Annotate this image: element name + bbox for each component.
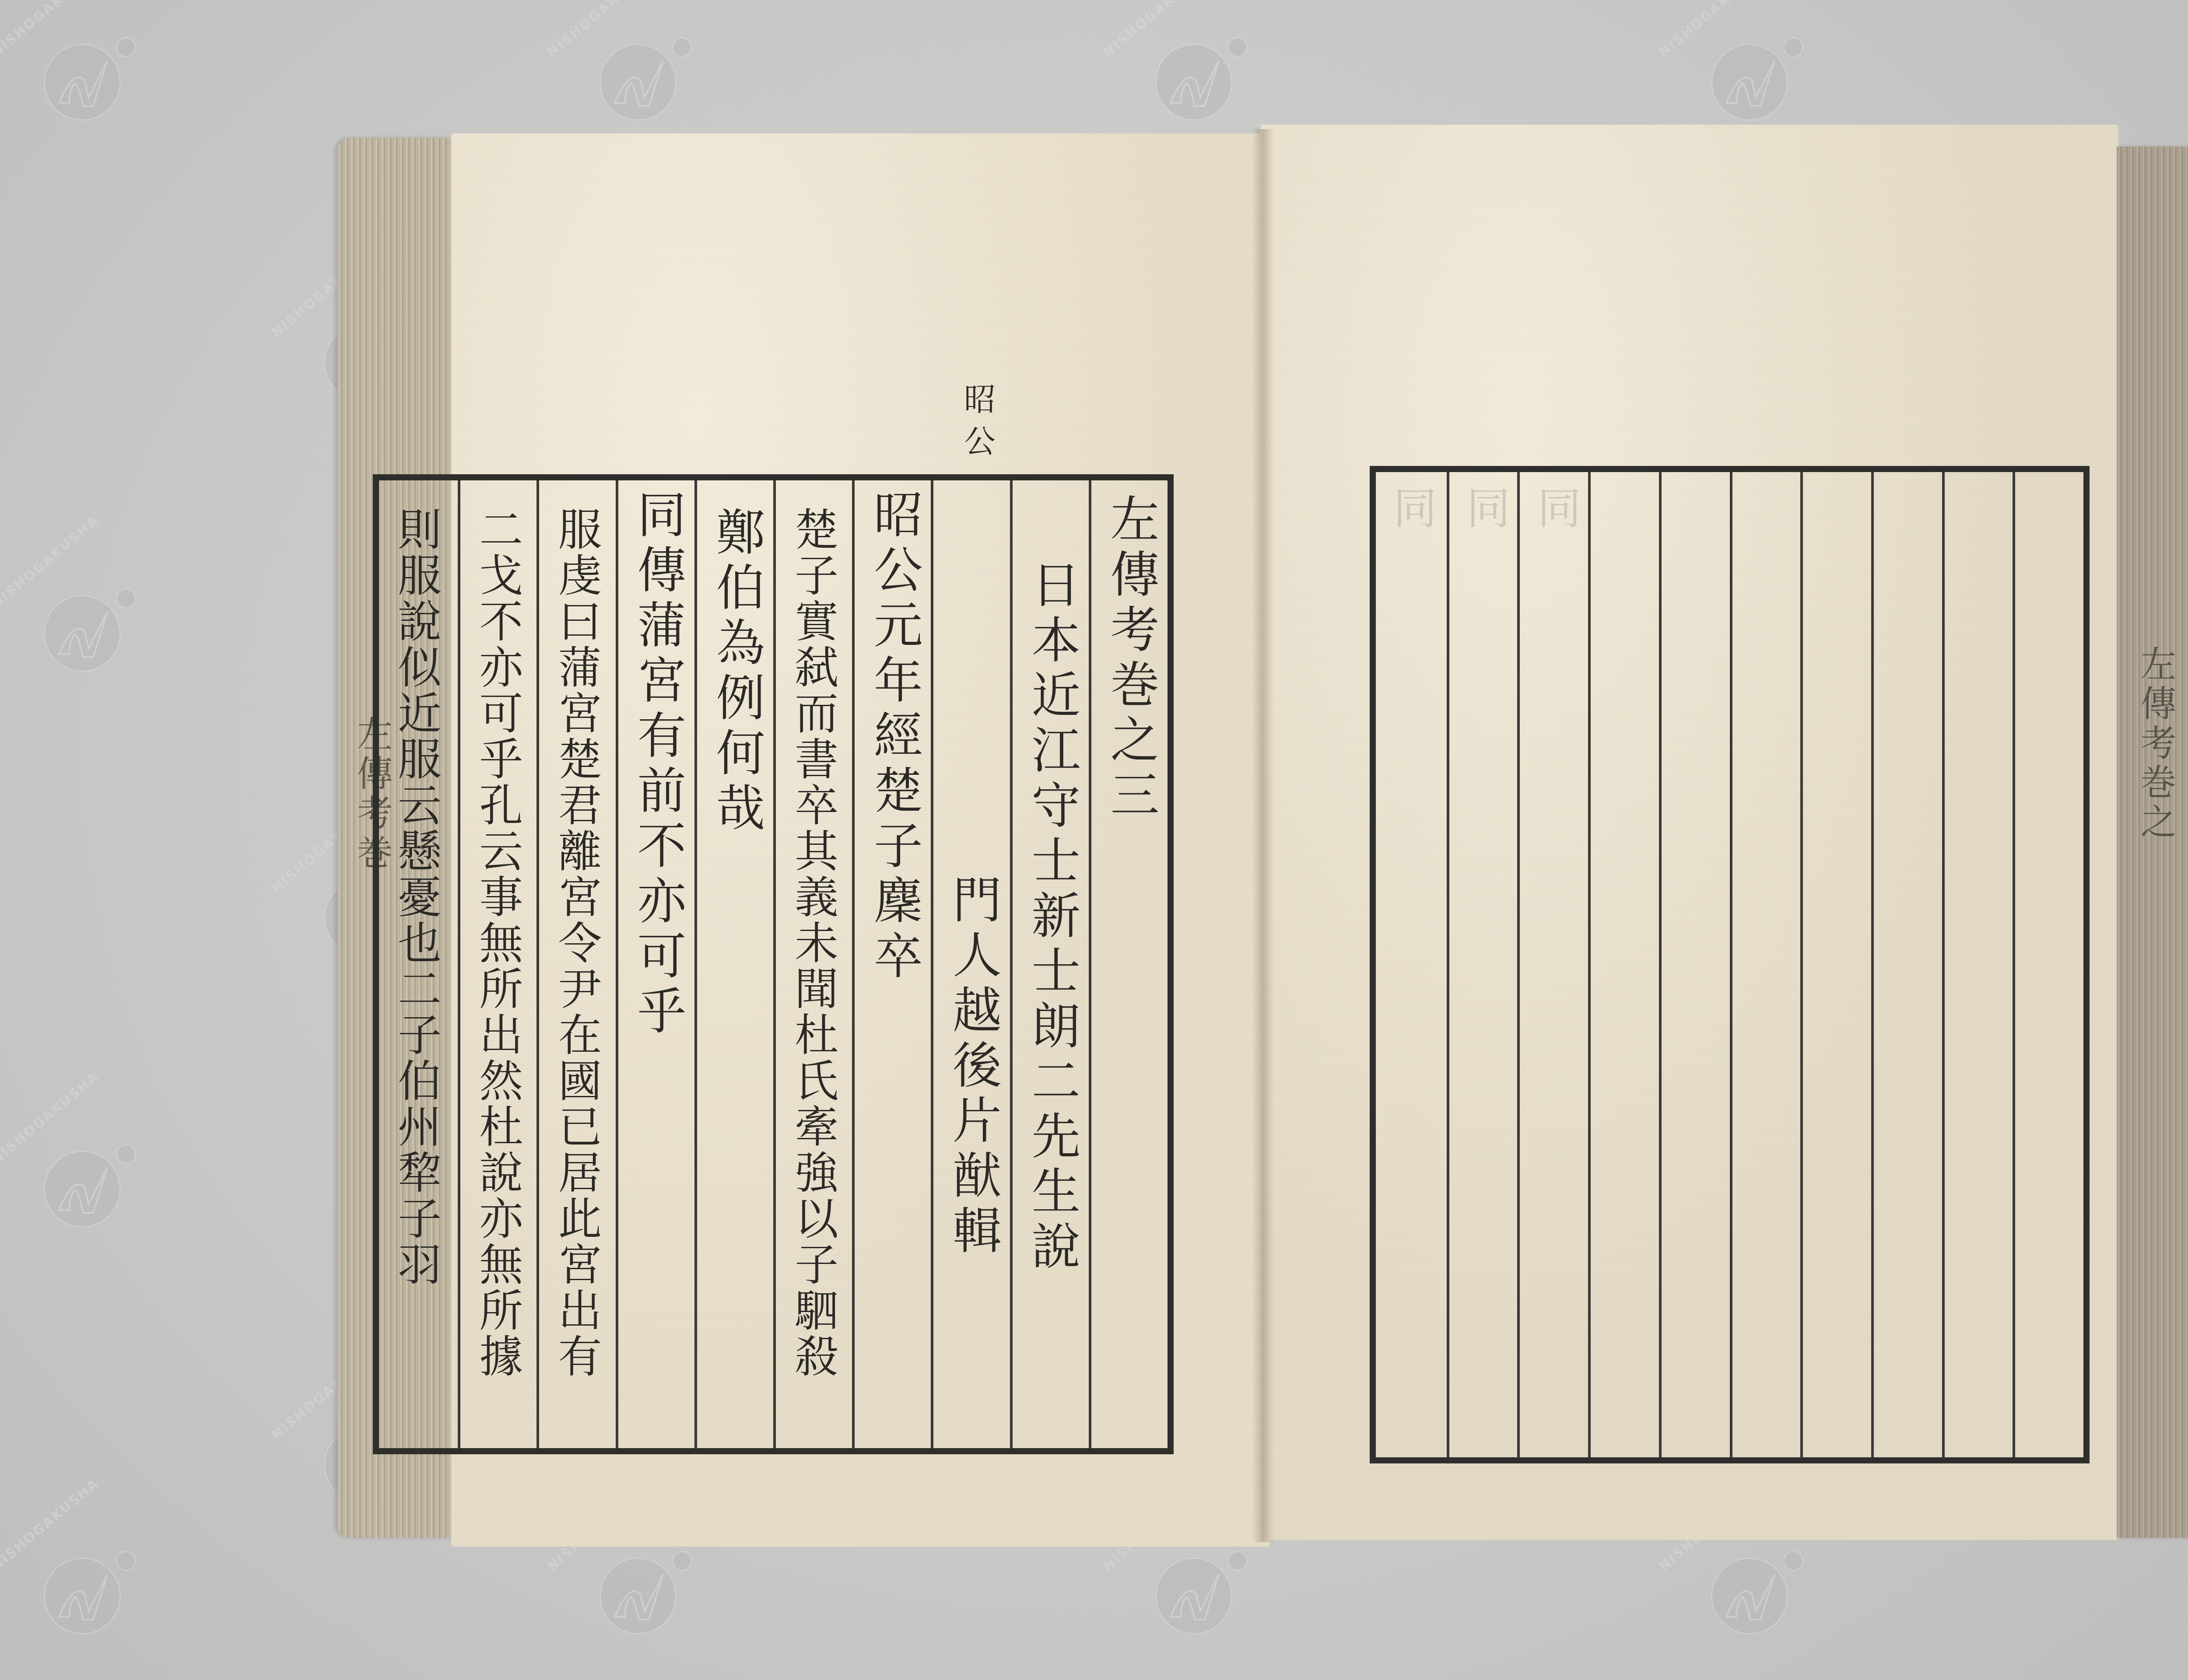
bleed-through-text: 同 <box>1463 485 1507 535</box>
text-column: 則服說似近服云懸憂也二子伯州犂子羽 <box>379 480 458 1448</box>
text-column: 同傳蒲宮有前不亦可乎 <box>616 480 694 1448</box>
text-column: 昭公元年經楚子麇卒 <box>852 480 931 1448</box>
ruled-column <box>1942 472 2013 1457</box>
nishogakusha-logo-icon: NISHOGAKUSHA <box>582 17 691 127</box>
ruled-column: 同 <box>1376 472 1447 1457</box>
text-column: 左傳考巻之三 <box>1089 480 1168 1448</box>
ruled-column: 同 <box>1517 472 1588 1457</box>
text-column: 二戈不亦可乎孔云事無所出然杜說亦無所據 <box>458 480 536 1448</box>
text-column: 門人越後片猷輯 <box>931 480 1010 1448</box>
ruled-column <box>1800 472 1871 1457</box>
nishogakusha-logo-icon: NISHOGAKUSHA <box>26 1531 136 1641</box>
text-column: 服虔曰蒲宮楚君離宮令尹在國已居此宮出有 <box>536 480 615 1448</box>
column-text: 昭公元年經楚子麇卒 <box>870 489 919 985</box>
column-text: 日本近江守士新士朗二先生說 <box>1027 559 1076 1276</box>
nishogakusha-logo-icon: NISHOGAKUSHA <box>1138 17 1247 127</box>
nishogakusha-logo-icon: NISHOGAKUSHA <box>26 17 136 127</box>
column-text: 則服說似近服云懸憂也二子伯州犂子羽 <box>394 507 438 1288</box>
text-column: 鄭伯為例何哉 <box>694 480 773 1448</box>
right-text-frame: 同同同 <box>1370 466 2090 1463</box>
column-text: 鄭伯為例何哉 <box>712 507 761 837</box>
ruled-column <box>1588 472 1659 1457</box>
nishogakusha-logo-icon: NISHOGAKUSHA <box>26 569 136 678</box>
nishogakusha-logo-icon: NISHOGAKUSHA <box>26 1124 136 1234</box>
text-column: 楚子實弑而書卒其義未聞杜氏牽強以子駟殺 <box>773 480 852 1448</box>
column-text: 左傳考巻之三 <box>1106 493 1155 824</box>
ruled-column: 同 <box>1447 472 1518 1457</box>
text-column: 日本近江守士新士朗二先生說 <box>1010 480 1089 1448</box>
nishogakusha-logo-icon: NISHOGAKUSHA <box>1694 17 1803 127</box>
left-text-frame: 左傳考巻之三日本近江守士新士朗二先生說門人越後片猷輯昭公元年經楚子麇卒楚子實弑而… <box>373 474 1174 1454</box>
ruled-column <box>1730 472 1801 1457</box>
ruled-column <box>1659 472 1730 1457</box>
column-text: 同傳蒲宮有前不亦可乎 <box>633 489 682 1040</box>
bleed-through-text: 同 <box>1533 485 1577 535</box>
right-edge-title: 左傳考巻之 <box>2130 645 2181 842</box>
ruled-column <box>1871 472 1942 1457</box>
book-gutter <box>1252 129 1274 1542</box>
column-text: 楚子實弑而書卒其義未聞杜氏牽強以子駟殺 <box>791 507 835 1379</box>
ruled-column <box>2013 472 2083 1457</box>
column-text: 服虔曰蒲宮楚君離宮令尹在國已居此宮出有 <box>554 507 598 1379</box>
column-text: 二戈不亦可乎孔云事無所出然杜說亦無所據 <box>475 507 519 1379</box>
right-page-edges: 左傳考巻之 <box>2117 147 2188 1538</box>
chapter-heading: 昭公 <box>947 383 1000 467</box>
column-text: 門人越後片猷輯 <box>949 874 998 1260</box>
bleed-through-text: 同 <box>1389 485 1433 535</box>
